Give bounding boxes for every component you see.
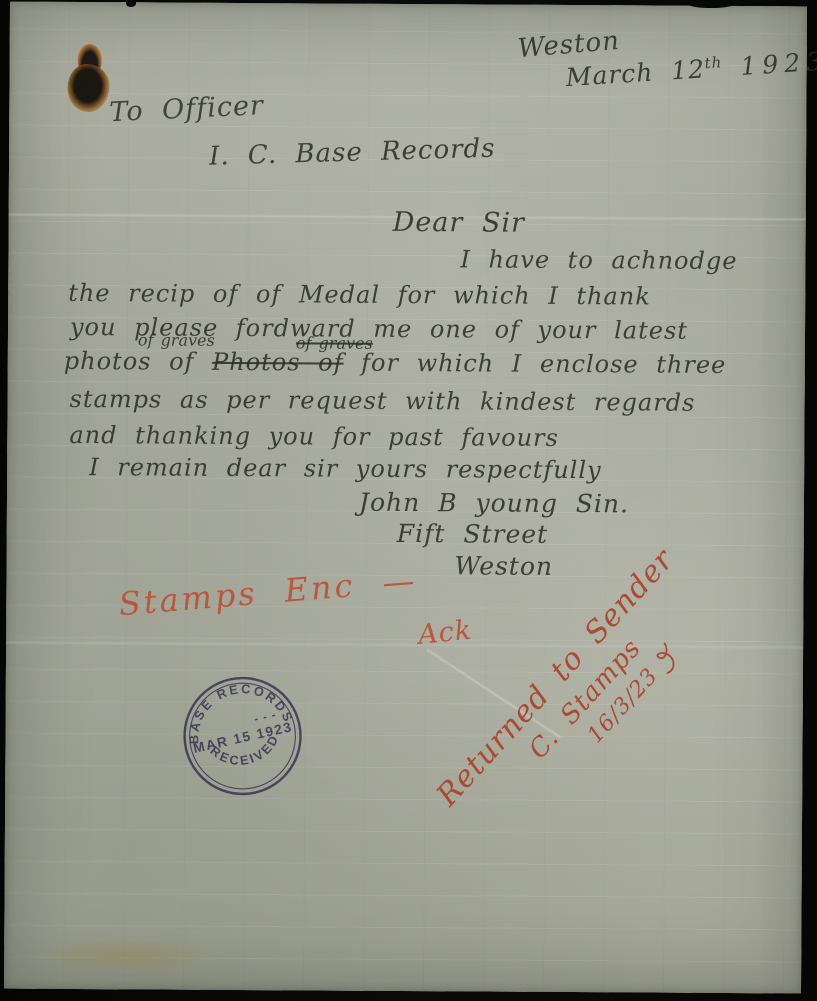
red-note-stamps: Stamps Enc — (117, 563, 418, 622)
stain (52, 940, 202, 971)
letter-place: Weston (517, 27, 621, 64)
received-stamp: BASE RECORDS - - - MAR 15 1923 RECEIVED (170, 663, 316, 809)
recipient-line1: To Officer (109, 91, 265, 128)
date-year: 1923 (740, 46, 817, 81)
scan-edge-artifact (752, 0, 782, 6)
body-line4: of graves of graves photos of Photos of … (64, 348, 727, 378)
body-closing: I remain dear sir yours respectfully (89, 454, 602, 484)
date-main: March 12 (565, 54, 706, 92)
line4-end: for which I enclose three (361, 349, 726, 379)
scan-edge-artifact (688, 0, 734, 8)
body-line1: I have to achnodge (460, 246, 737, 274)
salutation: Dear Sir (393, 208, 525, 238)
line4-struck: Photos of (212, 348, 344, 377)
scanned-letter: Weston March 12th 1923 To Officer I. C. … (0, 0, 817, 1001)
signature-town: Weston (454, 552, 553, 580)
line4-start: photos of (64, 347, 195, 376)
recipient-line2: I. C. Base Records (209, 135, 496, 172)
scan-edge-artifact (126, 0, 136, 7)
red-note-ack: Ack (417, 616, 474, 651)
body-line5: stamps as per request with kindest regar… (70, 386, 696, 416)
document-page: Weston March 12th 1923 To Officer I. C. … (4, 2, 807, 994)
body-line6: and thanking you for past favours (69, 422, 559, 451)
returned-to-sender-note: Returned to Sender C. Stamps 16/3/23 (415, 562, 817, 981)
signature-street: Fift Street (397, 520, 549, 548)
signature-name: John B young Sin. (359, 489, 629, 518)
date-ordinal: th (704, 53, 723, 72)
body-line2: the recip of of Medal for which I thank (68, 280, 651, 310)
burn-hole (65, 44, 115, 126)
paper-grain (9, 2, 310, 154)
